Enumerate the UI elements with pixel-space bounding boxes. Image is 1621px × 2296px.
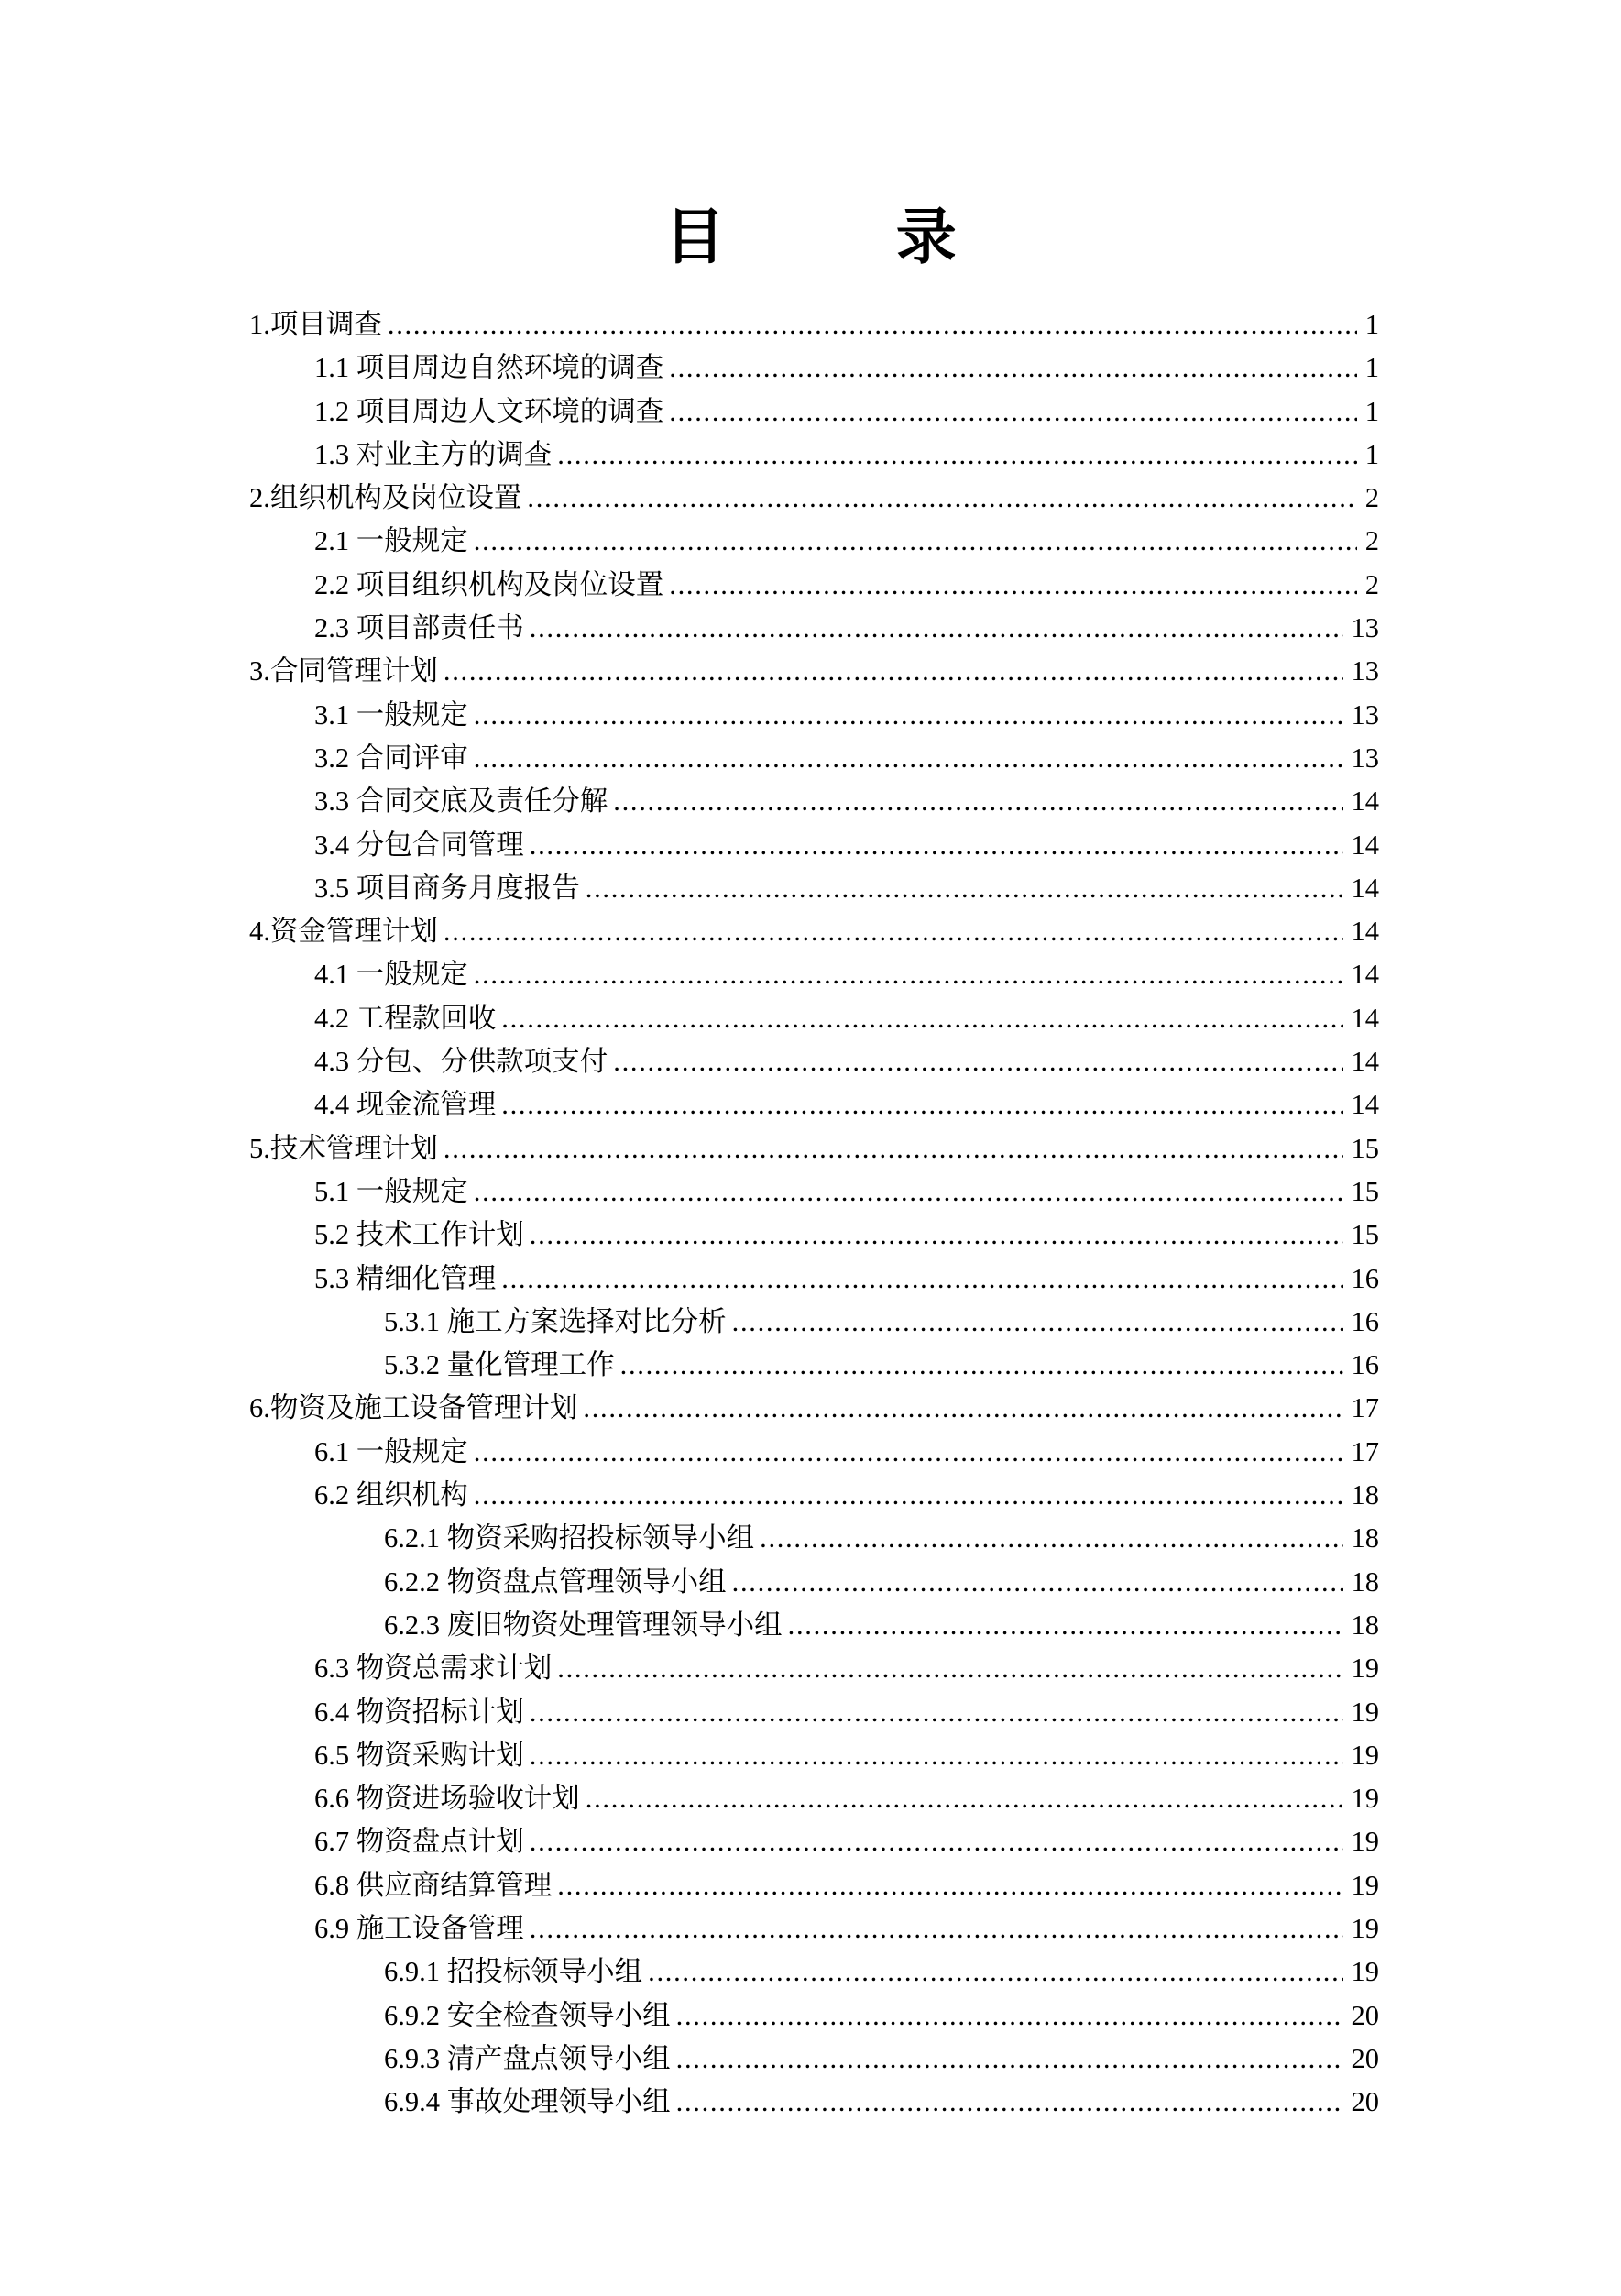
toc-leader-dots [530, 824, 1343, 867]
toc-leader-dots [669, 346, 1357, 390]
toc-entry-label: 5.3.1 施工方案选择对比分析 [384, 1301, 727, 1344]
toc-entry-page: 19 [1352, 1907, 1380, 1950]
toc-leader-dots [676, 2081, 1343, 2124]
toc-entry-label: 6.1 一般规定 [314, 1431, 468, 1474]
toc-entry[interactable]: 6.1 一般规定 17 [249, 1431, 1379, 1474]
toc-entry-page: 13 [1352, 650, 1380, 693]
toc-list: 1.项目调查 1 1.1 项目周边自然环境的调查 1 1.2 项目周边人文环境的… [249, 303, 1379, 2124]
toc-entry[interactable]: 6.5 物资采购计划 19 [249, 1734, 1379, 1777]
toc-leader-dots [557, 1647, 1342, 1690]
toc-entry-label: 3.3 合同交底及责任分解 [314, 780, 608, 823]
toc-entry[interactable]: 1.项目调查 1 [249, 303, 1379, 346]
toc-entry-label: 2.组织机构及岗位设置 [249, 477, 521, 520]
toc-entry-page: 13 [1352, 737, 1380, 780]
toc-leader-dots [474, 1431, 1343, 1474]
toc-leader-dots [530, 607, 1343, 650]
toc-entry[interactable]: 5.2 技术工作计划 15 [249, 1214, 1379, 1257]
toc-leader-dots [620, 1344, 1343, 1387]
toc-entry-label: 6.4 物资招标计划 [314, 1691, 524, 1734]
toc-entry[interactable]: 1.1 项目周边自然环境的调查 1 [249, 346, 1379, 390]
toc-entry[interactable]: 6.9 施工设备管理 19 [249, 1907, 1379, 1950]
toc-entry-page: 17 [1352, 1387, 1380, 1430]
toc-leader-dots [613, 1040, 1342, 1083]
toc-entry[interactable]: 6.9.4 事故处理领导小组 20 [249, 2081, 1379, 2124]
toc-entry-label: 3.5 项目商务月度报告 [314, 867, 580, 910]
toc-entry-page: 13 [1352, 694, 1380, 737]
toc-entry-page: 19 [1352, 1820, 1380, 1863]
toc-entry[interactable]: 5.3.2 量化管理工作 16 [249, 1344, 1379, 1387]
toc-entry[interactable]: 1.2 项目周边人文环境的调查 1 [249, 390, 1379, 434]
toc-entry-label: 4.2 工程款回收 [314, 997, 496, 1040]
toc-entry-page: 14 [1352, 824, 1380, 867]
toc-entry-page: 17 [1352, 1431, 1380, 1474]
toc-leader-dots [669, 390, 1357, 434]
toc-leader-dots [444, 1127, 1343, 1170]
toc-entry-label: 6.6 物资进场验收计划 [314, 1777, 580, 1820]
toc-entry-page: 14 [1352, 910, 1380, 953]
toc-entry-page: 2 [1365, 477, 1379, 520]
toc-entry-label: 1.项目调查 [249, 303, 382, 346]
toc-entry[interactable]: 5.3 精细化管理 16 [249, 1258, 1379, 1301]
toc-entry-page: 15 [1352, 1214, 1380, 1257]
toc-entry-label: 1.3 对业主方的调查 [314, 434, 552, 477]
toc-leader-dots [760, 1517, 1342, 1560]
toc-entry-label: 2.2 项目组织机构及岗位设置 [314, 564, 663, 607]
toc-entry-page: 18 [1352, 1517, 1380, 1560]
toc-leader-dots [557, 434, 1357, 477]
toc-entry-label: 5.3 精细化管理 [314, 1258, 496, 1301]
toc-entry[interactable]: 4.3 分包、分供款项支付 14 [249, 1040, 1379, 1083]
toc-entry-page: 15 [1352, 1127, 1380, 1170]
toc-entry-label: 4.1 一般规定 [314, 953, 468, 996]
toc-entry-label: 6.2.3 废旧物资处理管理领导小组 [384, 1604, 783, 1647]
toc-leader-dots [474, 1170, 1343, 1214]
toc-entry-label: 6.2 组织机构 [314, 1474, 468, 1517]
toc-entry-page: 19 [1352, 1777, 1380, 1820]
toc-entry[interactable]: 6.2.3 废旧物资处理管理领导小组 18 [249, 1604, 1379, 1647]
toc-entry-page: 14 [1352, 953, 1380, 996]
toc-entry-page: 14 [1352, 867, 1380, 910]
toc-entry-page: 20 [1352, 2081, 1380, 2124]
toc-entry-page: 19 [1352, 1734, 1380, 1777]
toc-entry-page: 14 [1352, 997, 1380, 1040]
toc-entry-label: 6.物资及施工设备管理计划 [249, 1387, 577, 1430]
toc-leader-dots [557, 1864, 1342, 1907]
toc-entry-page: 18 [1352, 1561, 1380, 1604]
toc-leader-dots [444, 650, 1343, 693]
toc-entry[interactable]: 3.3 合同交底及责任分解 14 [249, 780, 1379, 823]
toc-entry-page: 1 [1365, 390, 1379, 434]
toc-entry[interactable]: 2.3 项目部责任书 13 [249, 607, 1379, 650]
toc-leader-dots [530, 1907, 1343, 1950]
toc-entry[interactable]: 6.物资及施工设备管理计划 17 [249, 1387, 1379, 1430]
toc-entry[interactable]: 6.2.1 物资采购招投标领导小组 18 [249, 1517, 1379, 1560]
toc-entry[interactable]: 3.合同管理计划 13 [249, 650, 1379, 693]
toc-entry-label: 2.1 一般规定 [314, 520, 468, 563]
toc-leader-dots [586, 1777, 1343, 1820]
toc-entry-page: 14 [1352, 1083, 1380, 1126]
toc-entry-page: 16 [1352, 1258, 1380, 1301]
toc-entry[interactable]: 4.4 现金流管理 14 [249, 1083, 1379, 1126]
toc-entry-page: 2 [1365, 564, 1379, 607]
toc-entry-label: 6.9.4 事故处理领导小组 [384, 2081, 671, 2124]
toc-leader-dots [530, 1691, 1343, 1734]
toc-leader-dots [530, 1214, 1343, 1257]
toc-entry-page: 19 [1352, 1950, 1380, 1994]
toc-entry-page: 1 [1365, 434, 1379, 477]
toc-entry[interactable]: 6.2.2 物资盘点管理领导小组 18 [249, 1561, 1379, 1604]
toc-entry[interactable]: 3.1 一般规定 13 [249, 694, 1379, 737]
toc-entry-page: 16 [1352, 1344, 1380, 1387]
toc-entry-label: 4.3 分包、分供款项支付 [314, 1040, 608, 1083]
toc-entry-label: 6.9 施工设备管理 [314, 1907, 524, 1950]
toc-entry[interactable]: 5.3.1 施工方案选择对比分析 16 [249, 1301, 1379, 1344]
toc-entry[interactable]: 6.3 物资总需求计划 19 [249, 1647, 1379, 1690]
toc-leader-dots [527, 477, 1356, 520]
toc-leader-dots [676, 2038, 1343, 2081]
toc-entry[interactable]: 6.4 物资招标计划 19 [249, 1691, 1379, 1734]
toc-entry[interactable]: 3.5 项目商务月度报告 14 [249, 867, 1379, 910]
toc-leader-dots [474, 694, 1343, 737]
toc-leader-dots [501, 997, 1342, 1040]
toc-entry-label: 5.技术管理计划 [249, 1127, 438, 1170]
toc-entry-label: 6.8 供应商结算管理 [314, 1864, 552, 1907]
toc-leader-dots [444, 910, 1343, 953]
toc-entry-page: 20 [1352, 2038, 1380, 2081]
toc-entry[interactable]: 6.9.1 招投标领导小组 19 [249, 1950, 1379, 1994]
toc-entry-page: 20 [1352, 1994, 1380, 2038]
toc-entry-label: 6.9.1 招投标领导小组 [384, 1950, 642, 1994]
toc-leader-dots [732, 1561, 1343, 1604]
toc-entry-page: 18 [1352, 1474, 1380, 1517]
toc-entry-label: 3.合同管理计划 [249, 650, 438, 693]
toc-entry[interactable]: 5.1 一般规定 15 [249, 1170, 1379, 1214]
toc-leader-dots [676, 1994, 1343, 2038]
toc-leader-dots [474, 520, 1357, 563]
toc-entry-label: 1.1 项目周边自然环境的调查 [314, 346, 663, 390]
toc-entry-page: 19 [1352, 1647, 1380, 1690]
toc-entry-label: 5.3.2 量化管理工作 [384, 1344, 615, 1387]
toc-entry-page: 19 [1352, 1864, 1380, 1907]
toc-entry-label: 1.2 项目周边人文环境的调查 [314, 390, 663, 434]
toc-entry-label: 6.2.2 物资盘点管理领导小组 [384, 1561, 727, 1604]
toc-leader-dots [613, 780, 1342, 823]
toc-entry-label: 5.2 技术工作计划 [314, 1214, 524, 1257]
toc-entry[interactable]: 1.3 对业主方的调查 1 [249, 434, 1379, 477]
toc-entry[interactable]: 2.组织机构及岗位设置 2 [249, 477, 1379, 520]
toc-entry-label: 6.9.2 安全检查领导小组 [384, 1994, 671, 2038]
document-page: 目 录 1.项目调查 1 1.1 项目周边自然环境的调查 1 1.2 项目周边人… [0, 0, 1621, 2296]
toc-entry-label: 6.3 物资总需求计划 [314, 1647, 552, 1690]
toc-entry-label: 6.2.1 物资采购招投标领导小组 [384, 1517, 754, 1560]
toc-entry-page: 1 [1365, 303, 1379, 346]
toc-entry-page: 16 [1352, 1301, 1380, 1344]
toc-entry[interactable]: 6.7 物资盘点计划 19 [249, 1820, 1379, 1863]
toc-entry-page: 18 [1352, 1604, 1380, 1647]
toc-leader-dots [530, 1734, 1343, 1777]
toc-entry-label: 4.4 现金流管理 [314, 1083, 496, 1126]
toc-entry-label: 3.2 合同评审 [314, 737, 468, 780]
toc-entry-page: 14 [1352, 1040, 1380, 1083]
toc-entry-label: 3.4 分包合同管理 [314, 824, 524, 867]
toc-entry-label: 6.9.3 清产盘点领导小组 [384, 2038, 671, 2081]
toc-leader-dots [501, 1083, 1342, 1126]
toc-entry[interactable]: 6.9.3 清产盘点领导小组 20 [249, 2038, 1379, 2081]
toc-leader-dots [732, 1301, 1343, 1344]
toc-entry-page: 15 [1352, 1170, 1380, 1214]
toc-leader-dots [583, 1387, 1342, 1430]
toc-leader-dots [388, 303, 1357, 346]
page-title: 目 录 [0, 203, 1621, 273]
toc-entry[interactable]: 4.资金管理计划 14 [249, 910, 1379, 953]
toc-entry[interactable]: 2.2 项目组织机构及岗位设置 2 [249, 564, 1379, 607]
toc-leader-dots [474, 953, 1343, 996]
toc-entry-page: 13 [1352, 607, 1380, 650]
toc-leader-dots [788, 1604, 1343, 1647]
toc-entry[interactable]: 6.6 物资进场验收计划 19 [249, 1777, 1379, 1820]
toc-entry-label: 2.3 项目部责任书 [314, 607, 524, 650]
toc-entry-page: 1 [1365, 346, 1379, 390]
toc-leader-dots [586, 867, 1343, 910]
toc-leader-dots [669, 564, 1357, 607]
toc-entry[interactable]: 6.8 供应商结算管理 19 [249, 1864, 1379, 1907]
toc-entry-page: 14 [1352, 780, 1380, 823]
toc-entry-label: 5.1 一般规定 [314, 1170, 468, 1214]
toc-entry[interactable]: 6.2 组织机构 18 [249, 1474, 1379, 1517]
toc-entry[interactable]: 3.4 分包合同管理 14 [249, 824, 1379, 867]
toc-entry[interactable]: 2.1 一般规定 2 [249, 520, 1379, 563]
toc-entry[interactable]: 4.2 工程款回收 14 [249, 997, 1379, 1040]
toc-entry[interactable]: 6.9.2 安全检查领导小组 20 [249, 1994, 1379, 2038]
toc-entry[interactable]: 4.1 一般规定 14 [249, 953, 1379, 996]
toc-leader-dots [530, 1820, 1343, 1863]
toc-entry-page: 19 [1352, 1691, 1380, 1734]
toc-entry-page: 2 [1365, 520, 1379, 563]
toc-entry-label: 4.资金管理计划 [249, 910, 438, 953]
toc-entry[interactable]: 3.2 合同评审 13 [249, 737, 1379, 780]
toc-leader-dots [648, 1950, 1342, 1994]
toc-leader-dots [474, 737, 1343, 780]
toc-leader-dots [474, 1474, 1343, 1517]
toc-entry-label: 6.7 物资盘点计划 [314, 1820, 524, 1863]
toc-leader-dots [501, 1258, 1342, 1301]
toc-entry-label: 6.5 物资采购计划 [314, 1734, 524, 1777]
toc-entry-label: 3.1 一般规定 [314, 694, 468, 737]
toc-entry[interactable]: 5.技术管理计划 15 [249, 1127, 1379, 1170]
